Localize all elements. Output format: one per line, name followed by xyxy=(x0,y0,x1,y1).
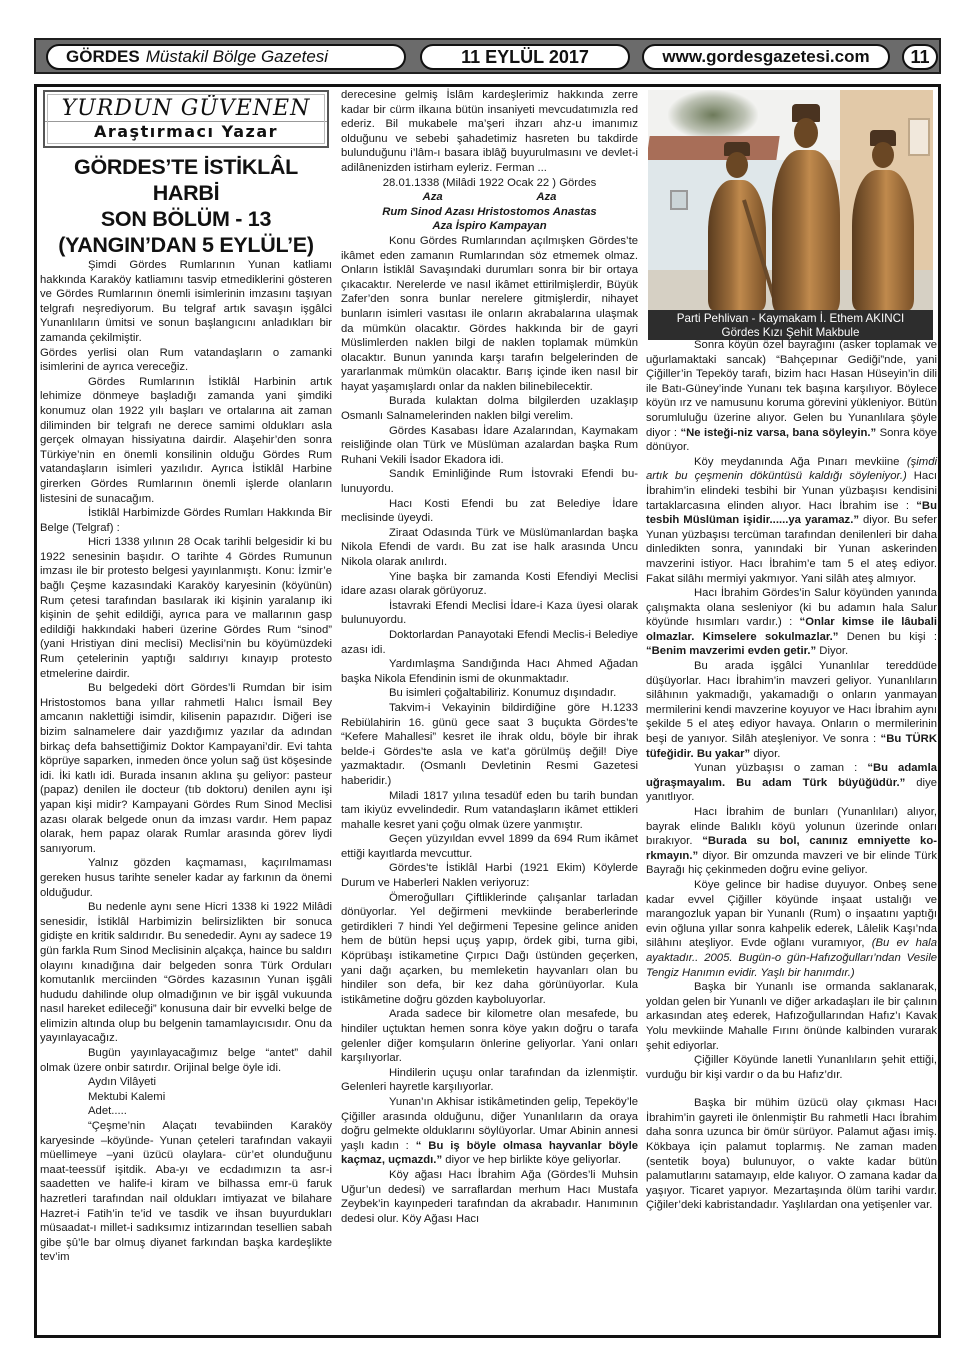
paragraph: Sandık Eminliğinde Rum İstovraki Efendi … xyxy=(341,467,638,496)
article-headline: GÖRDES’TE İSTİKLÂL HARBİ SON BÖLÜM - 13 … xyxy=(40,154,332,258)
document-body: “Çeşme’nin Alaçatı tevabiinden Karaköy k… xyxy=(40,1119,332,1265)
signature-line-3: Aza İspiro Kampayan xyxy=(341,219,638,234)
masthead: GÖRDES Müstakil Bölge Gazetesi 11 EYLÜL … xyxy=(34,38,941,74)
paragraph: Bu belgedeki dört Gördes’li Rumdan bir i… xyxy=(40,681,332,856)
text: Yunan yüzbaşısı o zaman : xyxy=(694,762,867,774)
paragraph: Bu arada işgâlci Yunanlılar tereddüde dü… xyxy=(646,659,937,761)
headline-line-2: SON BÖLÜM - 13 xyxy=(40,206,332,232)
caption-line-2: Gördes Kızı Şehit Makbule xyxy=(648,326,933,340)
paragraph: Miladi 1817 yılına tesadüf eden bu tarih… xyxy=(341,789,638,833)
paragraph: Burada kulaktan dolma bilgilerden uzakla… xyxy=(341,394,638,423)
statue-figure-center xyxy=(772,150,840,312)
author-name: YURDUN GÜVENEN xyxy=(62,97,311,121)
photo-caption: Parti Pehlivan - Kaymakam İ. Ethem AKINC… xyxy=(648,310,933,340)
paragraph: Doktorlardan Panayotaki Efendi Meclis-i … xyxy=(341,628,638,657)
paragraph: Başka bir mühim üzücü olay çıkması Hacı … xyxy=(646,1096,937,1213)
paragraph: Arada sadece bir kilometre olan mesafede… xyxy=(341,1007,638,1065)
paragraph: Konu Gördes Rumlarından açılmışken Görde… xyxy=(341,234,638,395)
quote: “Ne isteği-niz varsa, bana söyleyin.” xyxy=(680,427,876,439)
author-role: Araştırmacı Yazar xyxy=(45,121,327,141)
quote: “Benim mavzerimi evden getir.” xyxy=(646,645,816,657)
statue-figure-left xyxy=(708,180,766,310)
paragraph: Gördes yerlisi olan Rum vatandaşların o … xyxy=(40,346,332,375)
paragraph: Hindilerin uçuşu onlar tarafından da izl… xyxy=(341,1066,638,1095)
paragraph: Başka bir Yunanlı ise ormanda saklanarak… xyxy=(646,980,937,1053)
author-box: YURDUN GÜVENEN Araştırmacı Yazar xyxy=(43,90,329,148)
paragraph: Bu nedenle aynı sene Hicri 1338 ki 1922 … xyxy=(40,900,332,1046)
paragraph: Takvim-i Vekayinin bildirdiğine göre H.1… xyxy=(341,701,638,789)
paper-subtitle: Müstakil Bölge Gazetesi xyxy=(146,47,328,67)
paragraph: Hacı İbrahim de bunları (Yunanlıları) al… xyxy=(646,805,937,878)
paragraph: İstavraki Efendi Meclisi İdare-i Kaza üy… xyxy=(341,599,638,628)
photo-tree xyxy=(668,90,758,140)
paragraph: Yalnız gözden kaçmaması, kaçırılmaması g… xyxy=(40,856,332,900)
headline-line-3: (YANGIN’DAN 5 EYLÜL’E) xyxy=(40,232,332,258)
paragraph: Hicri 1338 yılının 28 Ocak tarihli belge… xyxy=(40,535,332,681)
column-left: YURDUN GÜVENEN Araştırmacı Yazar GÖRDES’… xyxy=(40,88,332,1265)
issue-date: 11 EYLÜL 2017 xyxy=(420,44,630,70)
text: diyor. xyxy=(750,748,780,760)
paragraph: Yunan’ın Akhisar istikâmetinden gelip, T… xyxy=(341,1095,638,1168)
headline-line-1: GÖRDES’TE İSTİKLÂL HARBİ xyxy=(40,154,332,206)
text: diyor ve hep birlikte köye geliyorlar. xyxy=(442,1154,621,1166)
paragraph: Hacı İbrahim Gördes’in Salur köyünden ya… xyxy=(646,586,937,659)
statue-figure-right xyxy=(852,170,914,310)
paragraph: Gördes’te İstiklâl Harbi (1921 Ekim) Köy… xyxy=(341,861,638,890)
document-header-line: Adet..... xyxy=(40,1104,332,1119)
paragraph: Köye gelince bir hadise duyuyor. Onbeş s… xyxy=(646,878,937,980)
paragraph: Köy meydanında Ağa Pınarı mevkiine (şim­… xyxy=(646,455,937,586)
photo-window xyxy=(670,190,688,210)
paragraph: Gördes Rumlarının İstiklâl Harbinin artı… xyxy=(40,375,332,506)
paragraph: Hacı Kosti Efendi bu zat Belediye İdare … xyxy=(341,497,638,526)
paragraph: Yardımlaşma Sandığında Hacı Ahmed Ağadan… xyxy=(341,657,638,686)
subheading: İstiklâl Harbimizde Gördes Rumları Hakkı… xyxy=(40,506,332,535)
document-header-line: Aydın Vilâyeti xyxy=(40,1075,332,1090)
paragraph: Geçen yüzyıldan evvel 1899 da 694 Rum ik… xyxy=(341,832,638,861)
text: Sonra köyün özel bayrağını (asker topla­… xyxy=(646,339,937,439)
paragraph: Bu isimleri çoğaltabiliriz. Konumuz dışı… xyxy=(341,686,638,701)
paragraph: Köy ağası Hacı İbrahim Ağa (Gördes’li Mu… xyxy=(341,1168,638,1226)
column-middle: derecesine gelmiş İslâm kardeşlerimiz ha… xyxy=(341,88,638,1226)
document-header-line: Mektubi Kalemi xyxy=(40,1090,332,1105)
paragraph: Yunan yüzbaşısı o zaman : “Bu adamla uğr… xyxy=(646,761,937,805)
photo-window-right xyxy=(908,118,930,156)
paragraph: Sonra köyün özel bayrağını (asker topla­… xyxy=(646,338,937,455)
paper-name: GÖRDES xyxy=(66,47,140,67)
paragraph: Ziraat Odasında Türk ve Müslümanlardan b… xyxy=(341,526,638,570)
text: Diyor. xyxy=(816,645,848,657)
caption-line-1: Parti Pehlivan - Kaymakam İ. Ethem AKINC… xyxy=(648,312,933,326)
paragraph: Ömeroğulları Çiftliklerinde çalışanlar t… xyxy=(341,891,638,1008)
paper-name-pill: GÖRDES Müstakil Bölge Gazetesi xyxy=(46,44,406,70)
paragraph: Yine başka bir zamanda Kosti Efendiyi Me… xyxy=(341,570,638,599)
paragraph: Bugün yayınlayacağımız belge “antet” dah… xyxy=(40,1046,332,1075)
document-date-line: 28.01.1338 (Milâdi 1922 Ocak 22 ) Gördes xyxy=(341,176,638,191)
text: Köy meydanında Ağa Pınarı mevkiine xyxy=(694,456,907,468)
paragraph: Şimdi Gördes Rumlarının Yunan katliamı h… xyxy=(40,258,332,346)
column-right: Sonra köyün özel bayrağını (asker topla­… xyxy=(646,338,937,1213)
page-number: 11 xyxy=(902,44,938,70)
paragraph: Çiğiller Köyünde lanetli Yunanlıların şe… xyxy=(646,1053,937,1082)
statue-photo: Parti Pehlivan - Kaymakam İ. Ethem AKINC… xyxy=(648,90,933,340)
signature-line-1: Aza Aza xyxy=(341,190,638,205)
website-link[interactable]: www.gordesgazetesi.com xyxy=(642,44,890,70)
photo-roof xyxy=(648,136,780,160)
text: Denen bu kişi : xyxy=(838,631,937,643)
signature-line-2: Rum Sinod Azası Hristostomos Anastas xyxy=(341,205,638,220)
paragraph: Gördes Kasabası İdare Azalarından, Kay­m… xyxy=(341,424,638,468)
document-body-continued: derecesine gelmiş İslâm kardeşlerimiz ha… xyxy=(341,88,638,176)
